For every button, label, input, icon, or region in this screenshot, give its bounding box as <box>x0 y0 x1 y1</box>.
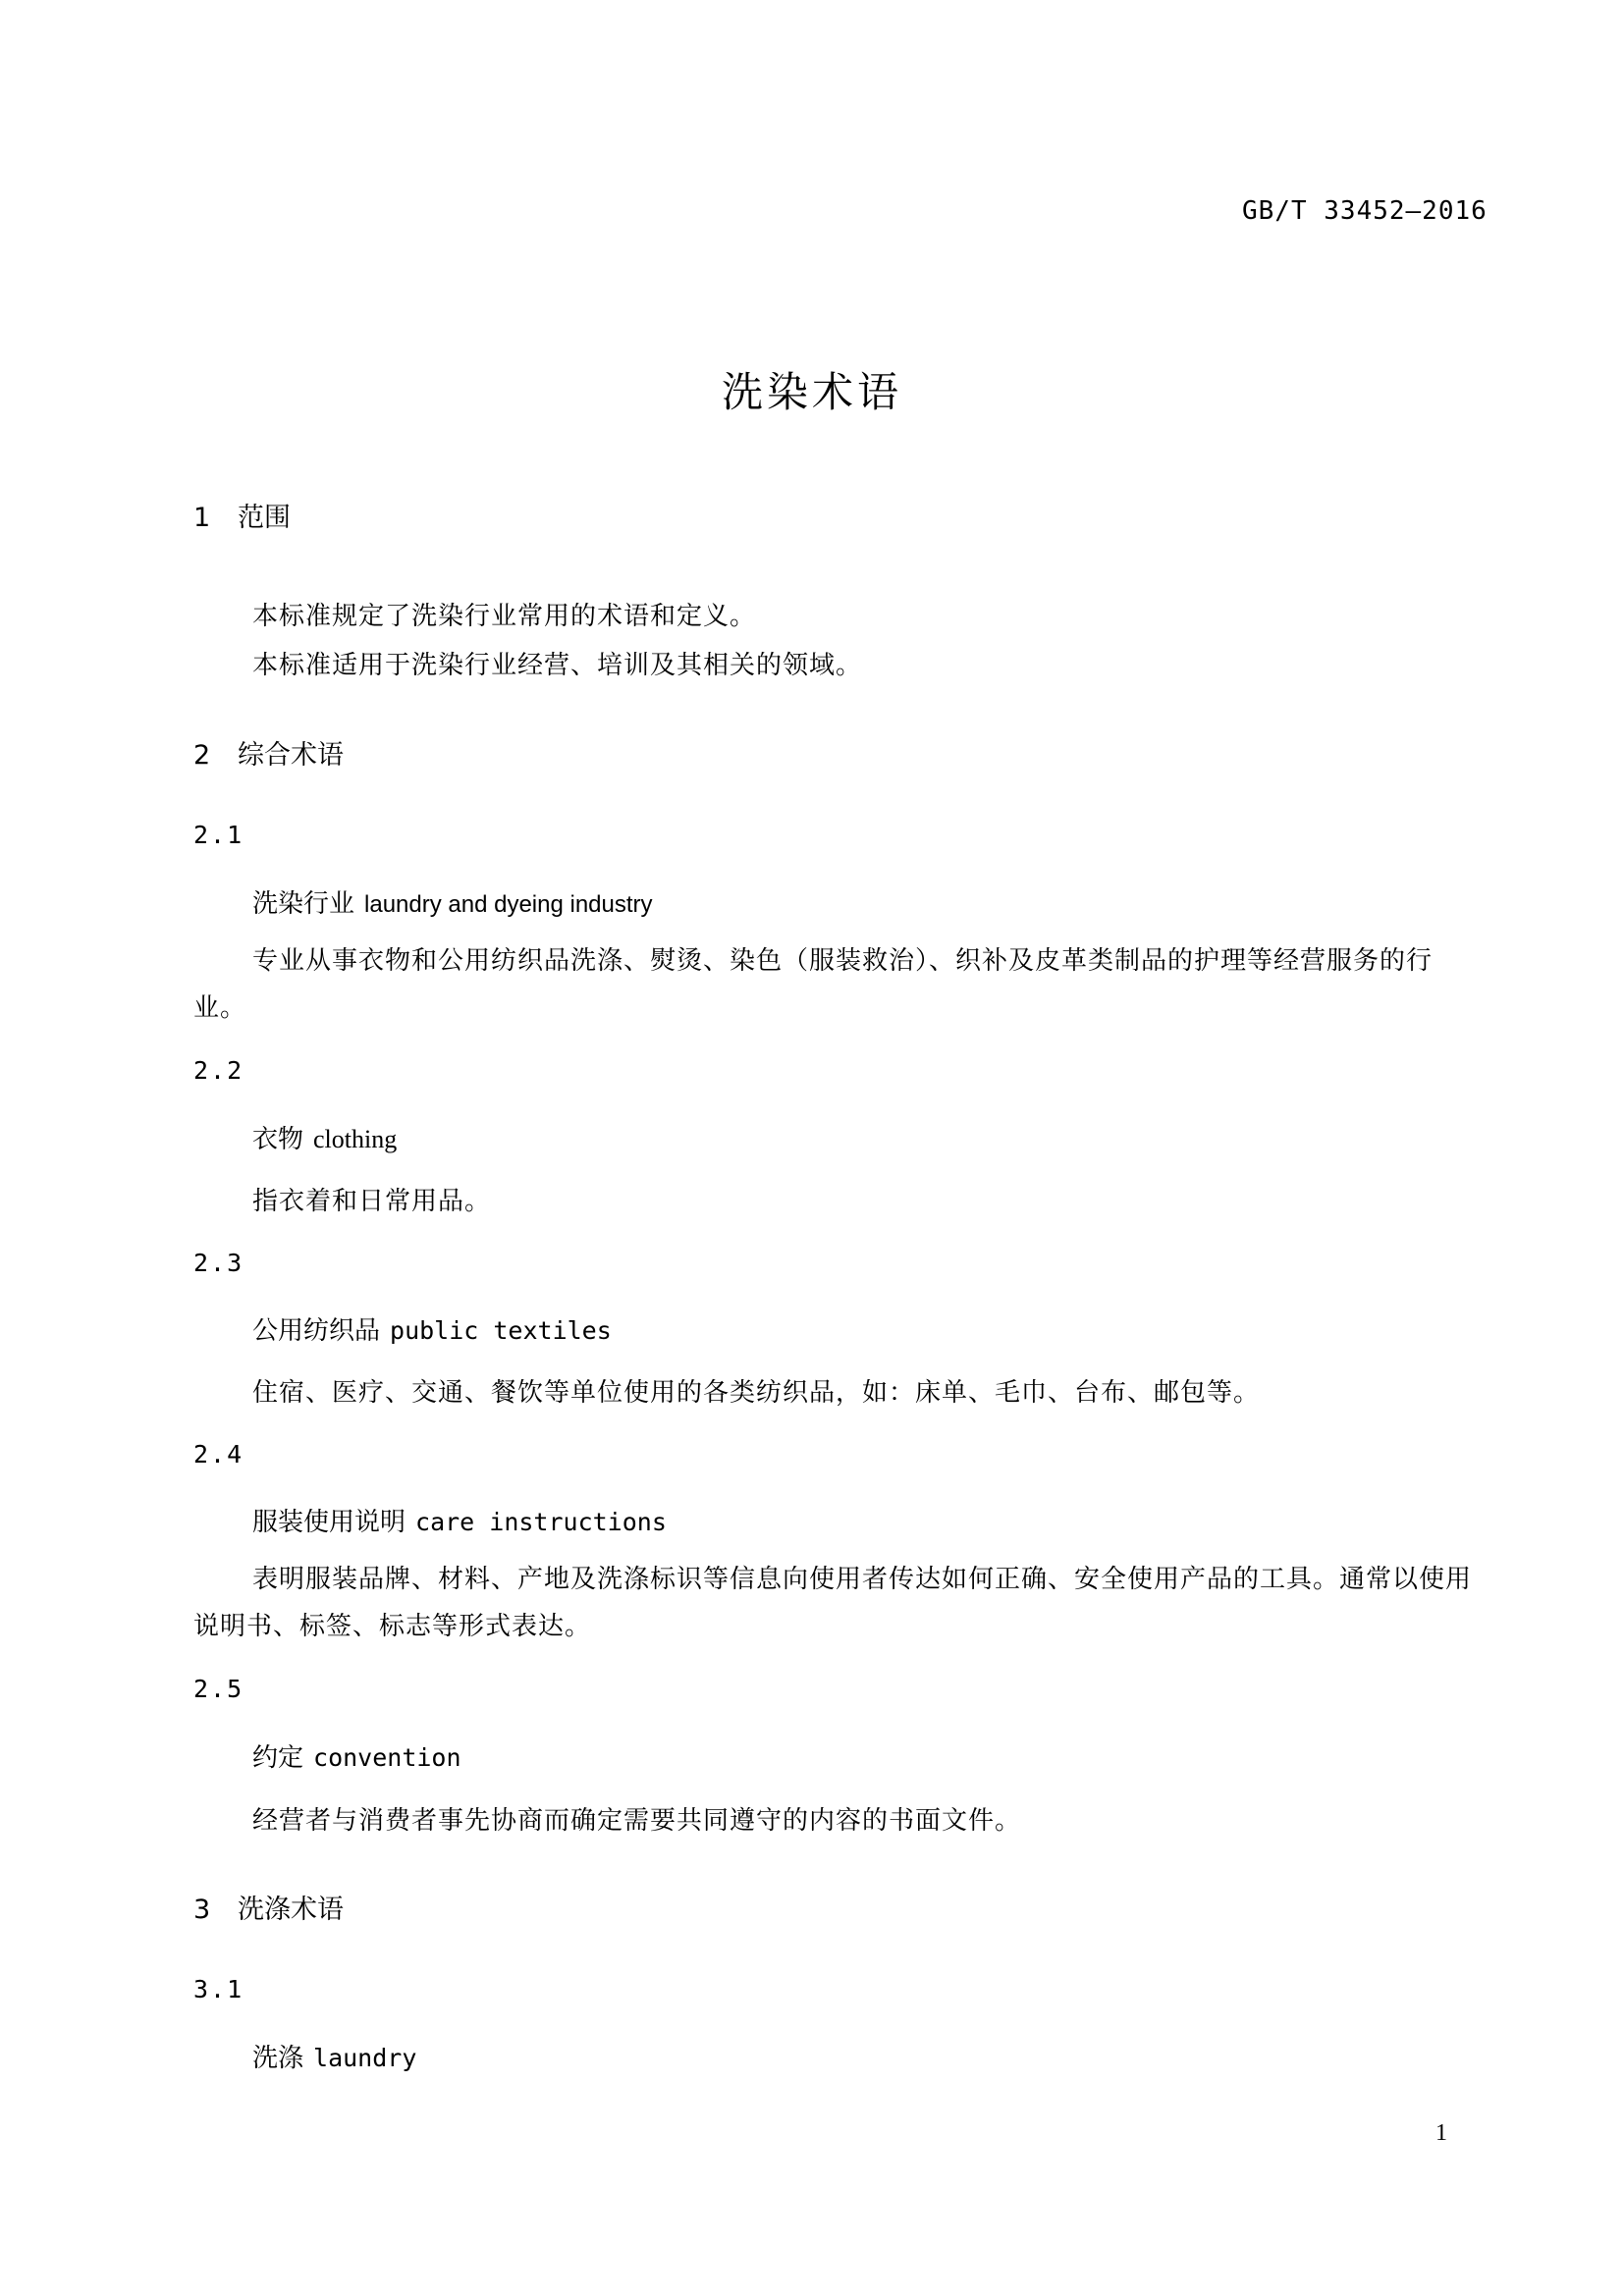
section-title: 洗涤术语 <box>238 1895 344 1925</box>
clause-number-2-4: 2.4 <box>193 1440 244 1468</box>
section-number: 2 <box>193 740 238 771</box>
term-zh: 约定 <box>252 1743 303 1773</box>
clause-number-3-1: 3.1 <box>193 1975 244 2003</box>
definition-2-1: 专业从事衣物和公用纺织品洗涤、熨烫、染色（服装救治）、织补及皮革类制品的护理等经… <box>193 937 1480 1032</box>
standard-number: GB/T 33452—2016 <box>1242 196 1488 226</box>
term-zh: 洗涤 <box>252 2044 303 2073</box>
section-heading-3: 3洗涤术语 <box>193 1888 344 1926</box>
term-2-1: 洗染行业laundry and dyeing industry <box>252 883 653 920</box>
document-title: 洗染术语 <box>0 360 1624 419</box>
definition-2-5: 经营者与消费者事先协商而确定需要共同遵守的内容的书面文件。 <box>252 1800 1021 1837</box>
term-2-5: 约定convention <box>252 1737 461 1774</box>
section-heading-2: 2综合术语 <box>193 733 344 772</box>
scope-paragraph-2: 本标准适用于洗染行业经营、培训及其相关的领域。 <box>252 645 862 681</box>
term-2-2: 衣物clothing <box>252 1119 397 1155</box>
page-number: 1 <box>1435 2120 1447 2147</box>
term-en: care instructions <box>415 1508 667 1536</box>
term-zh: 公用纺织品 <box>252 1316 380 1346</box>
term-en: public textiles <box>390 1316 612 1345</box>
section-heading-1: 1范围 <box>193 496 291 534</box>
term-3-1: 洗涤laundry <box>252 2038 416 2074</box>
term-zh: 洗染行业 <box>252 889 354 919</box>
definition-2-3: 住宿、医疗、交通、餐饮等单位使用的各类纺织品，如：床单、毛巾、台布、邮包等。 <box>252 1372 1260 1409</box>
definition-2-4: 表明服装品牌、材料、产地及洗涤标识等信息向使用者传达如何正确、安全使用产品的工具… <box>193 1556 1480 1650</box>
section-number: 1 <box>193 503 238 533</box>
term-zh: 衣物 <box>252 1125 303 1154</box>
term-en: convention <box>313 1743 461 1772</box>
term-2-3: 公用纺织品public textiles <box>252 1310 612 1347</box>
term-en: laundry <box>313 2044 416 2072</box>
term-zh: 服装使用说明 <box>252 1508 406 1537</box>
clause-number-2-5: 2.5 <box>193 1675 244 1703</box>
term-en: laundry and dyeing industry <box>364 891 653 918</box>
section-title: 范围 <box>238 503 291 533</box>
clause-number-2-2: 2.2 <box>193 1056 244 1085</box>
clause-number-2-1: 2.1 <box>193 821 244 849</box>
definition-2-2: 指衣着和日常用品。 <box>252 1181 491 1217</box>
clause-number-2-3: 2.3 <box>193 1249 244 1277</box>
section-title: 综合术语 <box>238 740 344 771</box>
section-number: 3 <box>193 1895 238 1925</box>
term-2-4: 服装使用说明care instructions <box>252 1502 667 1538</box>
scope-paragraph-1: 本标准规定了洗染行业常用的术语和定义。 <box>252 596 756 632</box>
term-en: clothing <box>313 1125 397 1153</box>
